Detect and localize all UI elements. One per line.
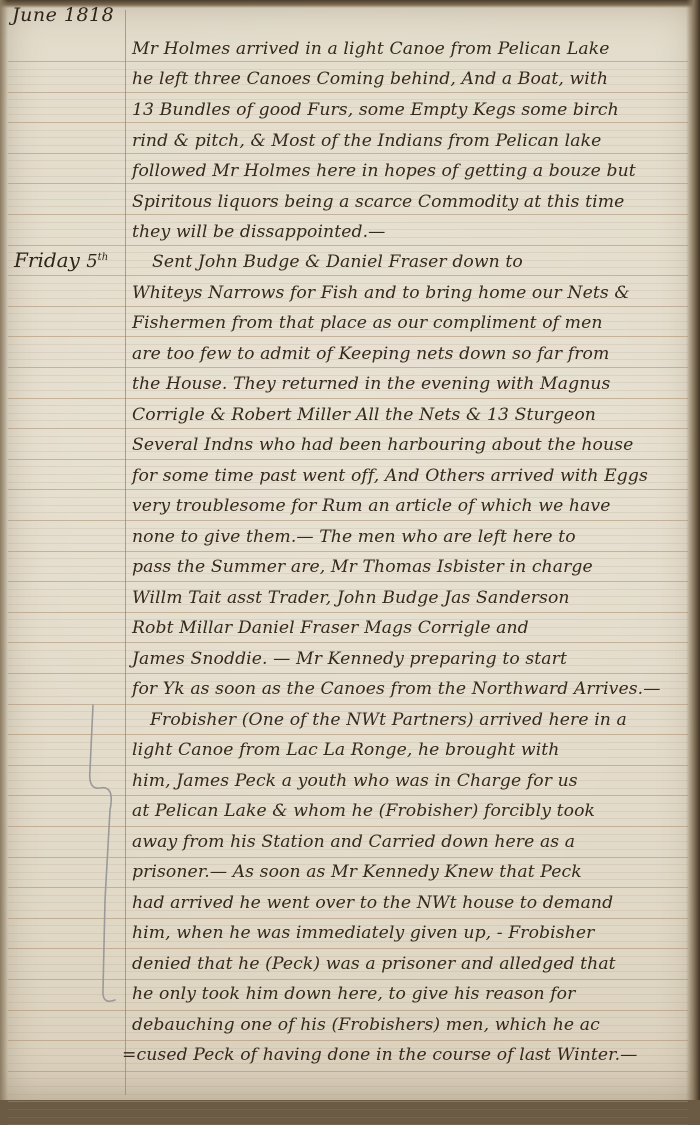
ruled-line	[8, 336, 688, 337]
entry-line: debauching one of his (Frobishers) men, …	[132, 1014, 692, 1036]
entry-line: for some time past went off, And Others …	[132, 465, 692, 487]
entry-line: the House. They returned in the evening …	[132, 373, 692, 395]
entry-line: none to give them.— The men who are left…	[132, 526, 692, 548]
entry-line: pass the Summer are, Mr Thomas Isbister …	[132, 556, 692, 578]
day-name: Friday	[14, 248, 80, 272]
ruled-line	[8, 1040, 688, 1041]
ruled-line	[8, 245, 688, 246]
ruled-line	[8, 367, 688, 368]
ruled-line	[8, 398, 688, 399]
ruled-line	[8, 275, 688, 276]
margin-day-label: Friday 5th	[14, 248, 108, 272]
faint-ruled-line	[8, 1086, 688, 1087]
entry-line: Corrigle & Robert Miller All the Nets & …	[132, 404, 692, 426]
ruled-line	[8, 306, 688, 307]
ruled-line	[8, 551, 688, 552]
entry-line: Sent John Budge & Daniel Fraser down to	[152, 251, 700, 273]
entry-line: him, when he was immediately given up, -…	[132, 922, 692, 944]
entry-line: light Canoe from Lac La Ronge, he brough…	[132, 739, 692, 761]
page-left-edge	[0, 0, 8, 1100]
ruled-line	[8, 459, 688, 460]
entry-line: prisoner.— As soon as Mr Kennedy Knew th…	[132, 861, 692, 883]
margin-rule	[125, 10, 126, 1095]
entry-line: Several Indns who had been harbouring ab…	[132, 434, 692, 456]
margin-date-header: June 1818	[12, 4, 114, 26]
ruled-line	[8, 214, 688, 215]
ruled-line	[8, 153, 688, 154]
faint-ruled-line	[8, 1094, 688, 1095]
entry-line: he only took him down here, to give his …	[132, 983, 692, 1005]
entry-line: denied that he (Peck) was a prisoner and…	[132, 953, 692, 975]
ruled-line	[8, 520, 688, 521]
ruled-line	[8, 61, 688, 62]
ruled-line	[8, 612, 688, 613]
faint-ruled-line	[8, 1078, 688, 1079]
journal-page: June 1818 Friday 5th Mr Holmes arrived i…	[0, 0, 700, 1100]
day-number-suffix: th	[98, 252, 108, 263]
entry-line: Willm Tait asst Trader, John Budge Jas S…	[132, 587, 692, 609]
ruled-line	[8, 1071, 688, 1072]
ruled-line	[8, 489, 688, 490]
pencil-margin-mark-icon	[60, 700, 120, 1030]
entry-line: are too few to admit of Keeping nets dow…	[132, 343, 692, 365]
entry-line: Frobisher (One of the NWt Partners) arri…	[150, 709, 700, 731]
ruled-line	[8, 642, 688, 643]
entry-line: at Pelican Lake & whom he (Frobisher) fo…	[132, 800, 692, 822]
entry-line: away from his Station and Carried down h…	[132, 831, 692, 853]
entry-line: very troublesome for Rum an article of w…	[132, 495, 692, 517]
entry-line: Robt Millar Daniel Fraser Mags Corrigle …	[132, 617, 692, 639]
entry-line: =cused Peck of having done in the course…	[122, 1044, 682, 1066]
entry-line: 13 Bundles of good Furs, some Empty Kegs…	[132, 99, 692, 121]
ruled-line	[8, 183, 688, 184]
entry-line: Mr Holmes arrived in a light Canoe from …	[132, 38, 692, 60]
day-number-value: 5	[86, 251, 97, 272]
entry-line: Spiritous liquors being a scarce Commodi…	[132, 191, 692, 213]
day-number: 5th	[86, 251, 108, 272]
ruled-line	[8, 673, 688, 674]
entry-line: for Yk as soon as the Canoes from the No…	[132, 678, 692, 700]
entry-line: followed Mr Holmes here in hopes of gett…	[132, 160, 692, 182]
ruled-line	[8, 581, 688, 582]
entry-line: Whiteys Narrows for Fish and to bring ho…	[132, 282, 692, 304]
entry-line: rind & pitch, & Most of the Indians from…	[132, 130, 692, 152]
entry-line: had arrived he went over to the NWt hous…	[132, 892, 692, 914]
entry-line: they will be dissappointed.—	[132, 221, 692, 243]
entry-line: Fishermen from that place as our complim…	[132, 312, 692, 334]
ruled-line	[8, 122, 688, 123]
entry-line: James Snoddie. — Mr Kennedy preparing to…	[132, 648, 692, 670]
ruled-line	[8, 92, 688, 93]
entry-line: he left three Canoes Coming behind, And …	[132, 68, 692, 90]
ruled-line	[8, 428, 688, 429]
entry-line: him, James Peck a youth who was in Charg…	[132, 770, 692, 792]
